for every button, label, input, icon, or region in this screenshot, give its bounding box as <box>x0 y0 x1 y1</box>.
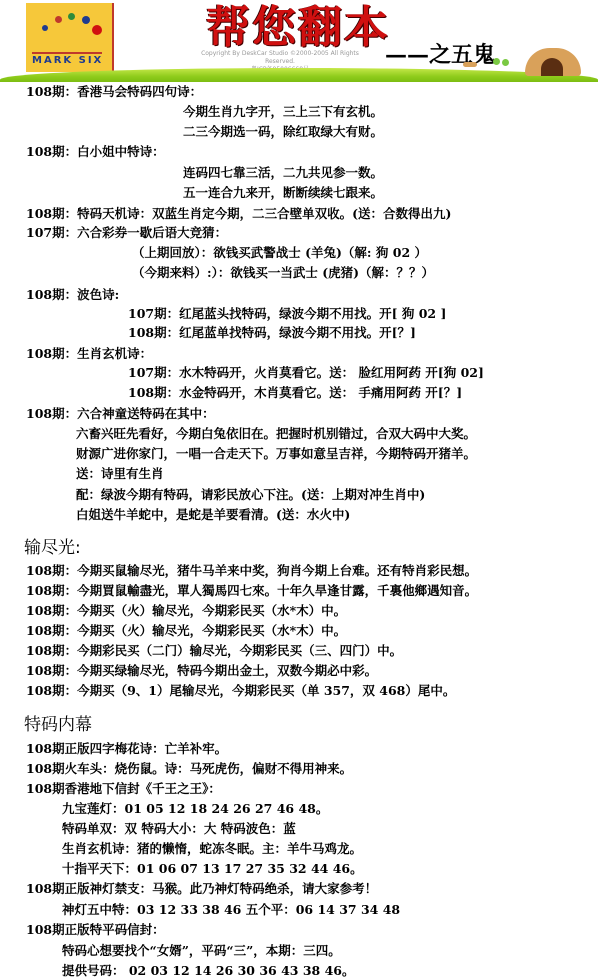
text-line: 财源广进你家门，一唱一合走天下。万事如意呈吉祥，今期特码开猪羊。 <box>76 446 476 462</box>
text-line: 108期：水金特码开，木肖莫看它。送： 手痛用阿药 开[？] <box>128 385 462 401</box>
text-line: 108期：今期買鼠輸盡光，單人獨馬四七來。十年久旱逢甘露，千裏他鄉遇知音。 <box>26 583 477 599</box>
section-heading: 输尽光: <box>24 533 81 558</box>
text-line: 神灯五中特：03 12 33 38 46 五个平：06 14 37 34 48 <box>62 902 400 918</box>
text-line: 108期：今期买绿输尽光，特码今期出金土，双数今期必中彩。 <box>26 663 377 679</box>
bench-icon <box>463 62 477 67</box>
logo-ball-icon <box>55 16 62 23</box>
text-line: 特码心想要找个“女婿”，平码“三”，本期：三四。 <box>62 943 341 959</box>
tree-icon <box>493 58 500 65</box>
text-line: 六畜兴旺先看好，今期白兔依旧在。把握时机别错过，合双大码中大奖。 <box>76 426 476 442</box>
house-door <box>541 58 563 76</box>
text-line: （今期来料）:）：欲钱买一当武士 (虎猪)（解：？？） <box>132 265 434 281</box>
text-line: 二三今期选一码，除红取绿大有财。 <box>183 124 383 140</box>
text-line: 九宝莲灯：01 05 12 18 24 26 27 46 48。 <box>62 801 328 817</box>
text-line: 108期：今期买（火）输尽光，今期彩民买（水*木）中。 <box>26 603 346 619</box>
page-title: 帮您翻本 <box>206 2 390 54</box>
text-line: 108期：白小姐中特诗： <box>26 144 165 160</box>
text-line: 107期：红尾蓝头找特码，绿波今期不用找。开[ 狗 02 ] <box>128 306 446 322</box>
text-line: 特码单双：双 特码大小：大 特码波色：蓝 <box>62 821 296 837</box>
logo-ball-icon <box>92 25 102 35</box>
text-line: 提供号码： 02 03 12 14 26 30 36 43 38 46。 <box>62 963 354 979</box>
page-header: MARK SIX Copyright By DeskCar Studio ©20… <box>0 0 598 84</box>
text-line: 108期正版四字梅花诗：亡羊补牢。 <box>26 741 227 757</box>
text-line: 108期火车头：烧伤鼠。诗：马死虎伤，偏财不得用神来。 <box>26 761 352 777</box>
page-subtitle: ——之五鬼 <box>385 38 495 69</box>
text-line: 107期：六合彩券一歇后语大竞猜： <box>26 225 227 241</box>
logo-ball-icon <box>42 25 48 31</box>
text-line: 108期：香港马会特码四句诗： <box>26 84 202 100</box>
text-line: 108期：生肖玄机诗： <box>26 346 152 362</box>
text-line: 107期：水木特码开，火肖莫看它。送： 脸红用阿药 开[狗 02] <box>128 365 484 381</box>
mark-six-logo: MARK SIX <box>26 3 114 72</box>
text-line: 五一连合九来开，断断续续七跟来。 <box>183 185 383 201</box>
text-line: 108期：特码天机诗：双蓝生肖定今期，二三合壁单双收。(送：合数得出九) <box>26 206 451 222</box>
text-line: 连码四七靠三活，二九共见参一数。 <box>183 165 383 181</box>
text-line: 白姐送牛羊蛇中，是蛇是羊要看清。(送：水火中) <box>76 507 350 523</box>
text-line: 送：诗里有生肖 <box>76 466 164 482</box>
text-line: 配：绿波今期有特码，请彩民放心下注。(送：上期对冲生肖中) <box>76 487 425 503</box>
text-line: 108期：波色诗: <box>26 287 119 303</box>
text-line: 108期：六合神童送特码在其中： <box>26 406 215 422</box>
section-heading: 特码内幕 <box>24 710 92 735</box>
text-line: 十指平天下：01 06 07 13 17 27 35 32 44 46。 <box>62 861 363 877</box>
text-line: 108期：今期买（9、1）尾输尽光，今期彩民买（单 357，双 468）尾中。 <box>26 683 455 699</box>
text-line: 108期：红尾蓝单找特码，绿波今期不用找。开[？] <box>128 325 416 341</box>
text-line: 生肖玄机诗：猪的懒惰，蛇冻冬眠。主：羊牛马鸡龙。 <box>62 841 362 857</box>
logo-ball-icon <box>82 16 90 24</box>
text-line: 108期正版特平码信封： <box>26 922 165 938</box>
tree-icon <box>502 59 509 66</box>
bear-house-icon <box>525 48 581 76</box>
text-line: 今期生肖九字开，三上三下有玄机。 <box>183 104 383 120</box>
logo-divider <box>32 52 102 54</box>
text-line: 108期香港地下信封《千王之王》： <box>26 781 221 797</box>
text-line: 108期：今期彩民买（二门）输尽光，今期彩民买（三、四门）中。 <box>26 643 402 659</box>
logo-text: MARK SIX <box>32 55 103 66</box>
text-line: （上期回放）：欲钱买武警战士 (羊兔)（解: 狗 02 ） <box>132 245 427 261</box>
text-line: 108期：今期买（火）输尽光，今期彩民买（水*木）中。 <box>26 623 346 639</box>
text-line: 108期正版神灯禁支：马猴。此乃神灯特码绝杀，请大家参考！ <box>26 881 377 897</box>
text-line: 108期：今期买鼠输尽光，猪牛马羊来中奖，狗肖今期上台难。还有特肖彩民想。 <box>26 563 477 579</box>
logo-ball-icon <box>68 13 75 20</box>
